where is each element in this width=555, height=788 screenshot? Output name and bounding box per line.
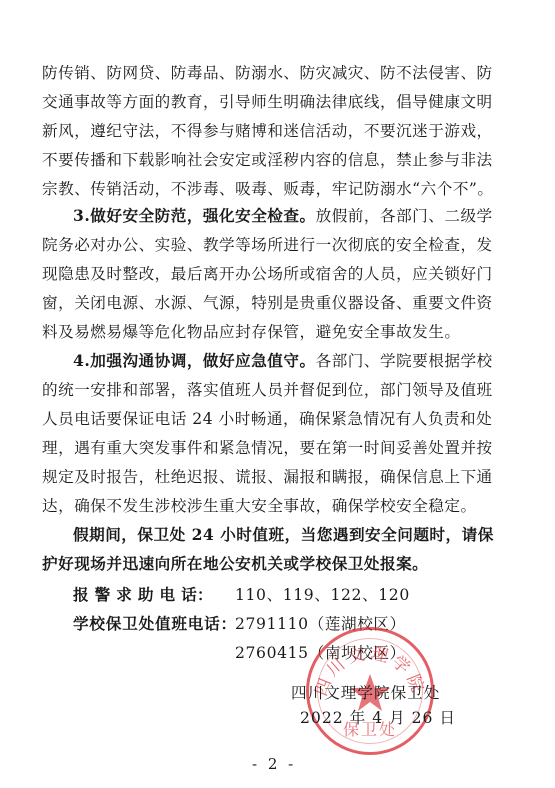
emergency-phone-label: 报 警 求 助 电 话： xyxy=(73,583,213,605)
signature-date: 2022 年 4 月 26 日 xyxy=(300,706,456,728)
section4-line-6: 达，确保不发生涉校涉生重大安全事故，确保学校安全稳定。 xyxy=(42,496,466,516)
section3-heading: 3.做好安全防范，强化安全检查。 xyxy=(73,206,316,225)
section4-first-line-text: 各部门、学院要根据学校 xyxy=(316,352,493,370)
signature-organization: 四川文理学院保卫处 xyxy=(291,681,440,703)
section4-line-4: 理，遇有重大突发事件和紧急情况，要在第一时间妥善处置并按 xyxy=(42,438,466,458)
para1-line-4: 不要传播和下载影响社会安定或淫秽内容的信息，禁止参与非法 xyxy=(42,150,466,170)
para1-line-1: 防传销、防网贷、防毒品、防溺水、防灾减灾、防不法侵害、防 xyxy=(42,63,466,83)
section3-line-2: 院务必对办公、实验、教学等场所进行一次彻底的安全检查，发 xyxy=(42,235,466,255)
notice-line-1: 假期间，保卫处 24 小时值班，当您遇到安全问题时，请保 xyxy=(73,525,466,545)
para1-line-2: 交通事故等方面的教育，引导师生明确法律底线，倡导健康文明 xyxy=(42,92,466,112)
section4-first-line: 4.加强沟通协调，做好应急值守。各部门、学院要根据学校 xyxy=(73,351,466,371)
para1-line-3: 新风，遵纪守法，不得参与赌博和迷信活动，不要沉迷于游戏， xyxy=(42,121,466,141)
section4-line-5: 规定及时报告，杜绝迟报、谎报、漏报和瞒报，确保信息上下通 xyxy=(42,467,466,487)
section3-line-4: 窗，关闭电源、水源、气源，特别是贵重仪器设备、重要文件资 xyxy=(42,293,466,313)
para1-line-5: 宗教、传销活动，不涉毒、吸毒、贩毒，牢记防溺水“六个不”。 xyxy=(42,179,466,199)
emergency-phone-value: 110、119、122、120 xyxy=(235,583,410,605)
section4-line-3: 人员电话要保证电话 24 小时畅通，确保紧急情况有人负责和处 xyxy=(42,409,466,429)
section4-heading: 4.加强沟通协调，做好应急值守。 xyxy=(73,351,316,370)
section3-line-3: 现隐患及时整改，最后离开办公场所或宿舍的人员，应关锁好门 xyxy=(42,264,466,284)
notice-line-2: 护好现场并迅速向所在地公安机关或学校保卫处报案。 xyxy=(42,554,466,574)
section3-first-line: 3.做好安全防范，强化安全检查。放假前，各部门、二级学 xyxy=(73,206,466,226)
page-number: - 2 - xyxy=(252,755,296,773)
section4-line-2: 的统一安排和部署，落实值班人员并督促到位，部门领导及值班 xyxy=(42,380,466,400)
school-phone-label: 学校保卫处值班电话： xyxy=(73,612,237,634)
section3-first-line-text: 放假前，各部门、二级学 xyxy=(316,207,493,225)
section3-line-5: 料及易燃易爆等危化物品应封存保管，避免安全事故发生。 xyxy=(42,322,466,342)
